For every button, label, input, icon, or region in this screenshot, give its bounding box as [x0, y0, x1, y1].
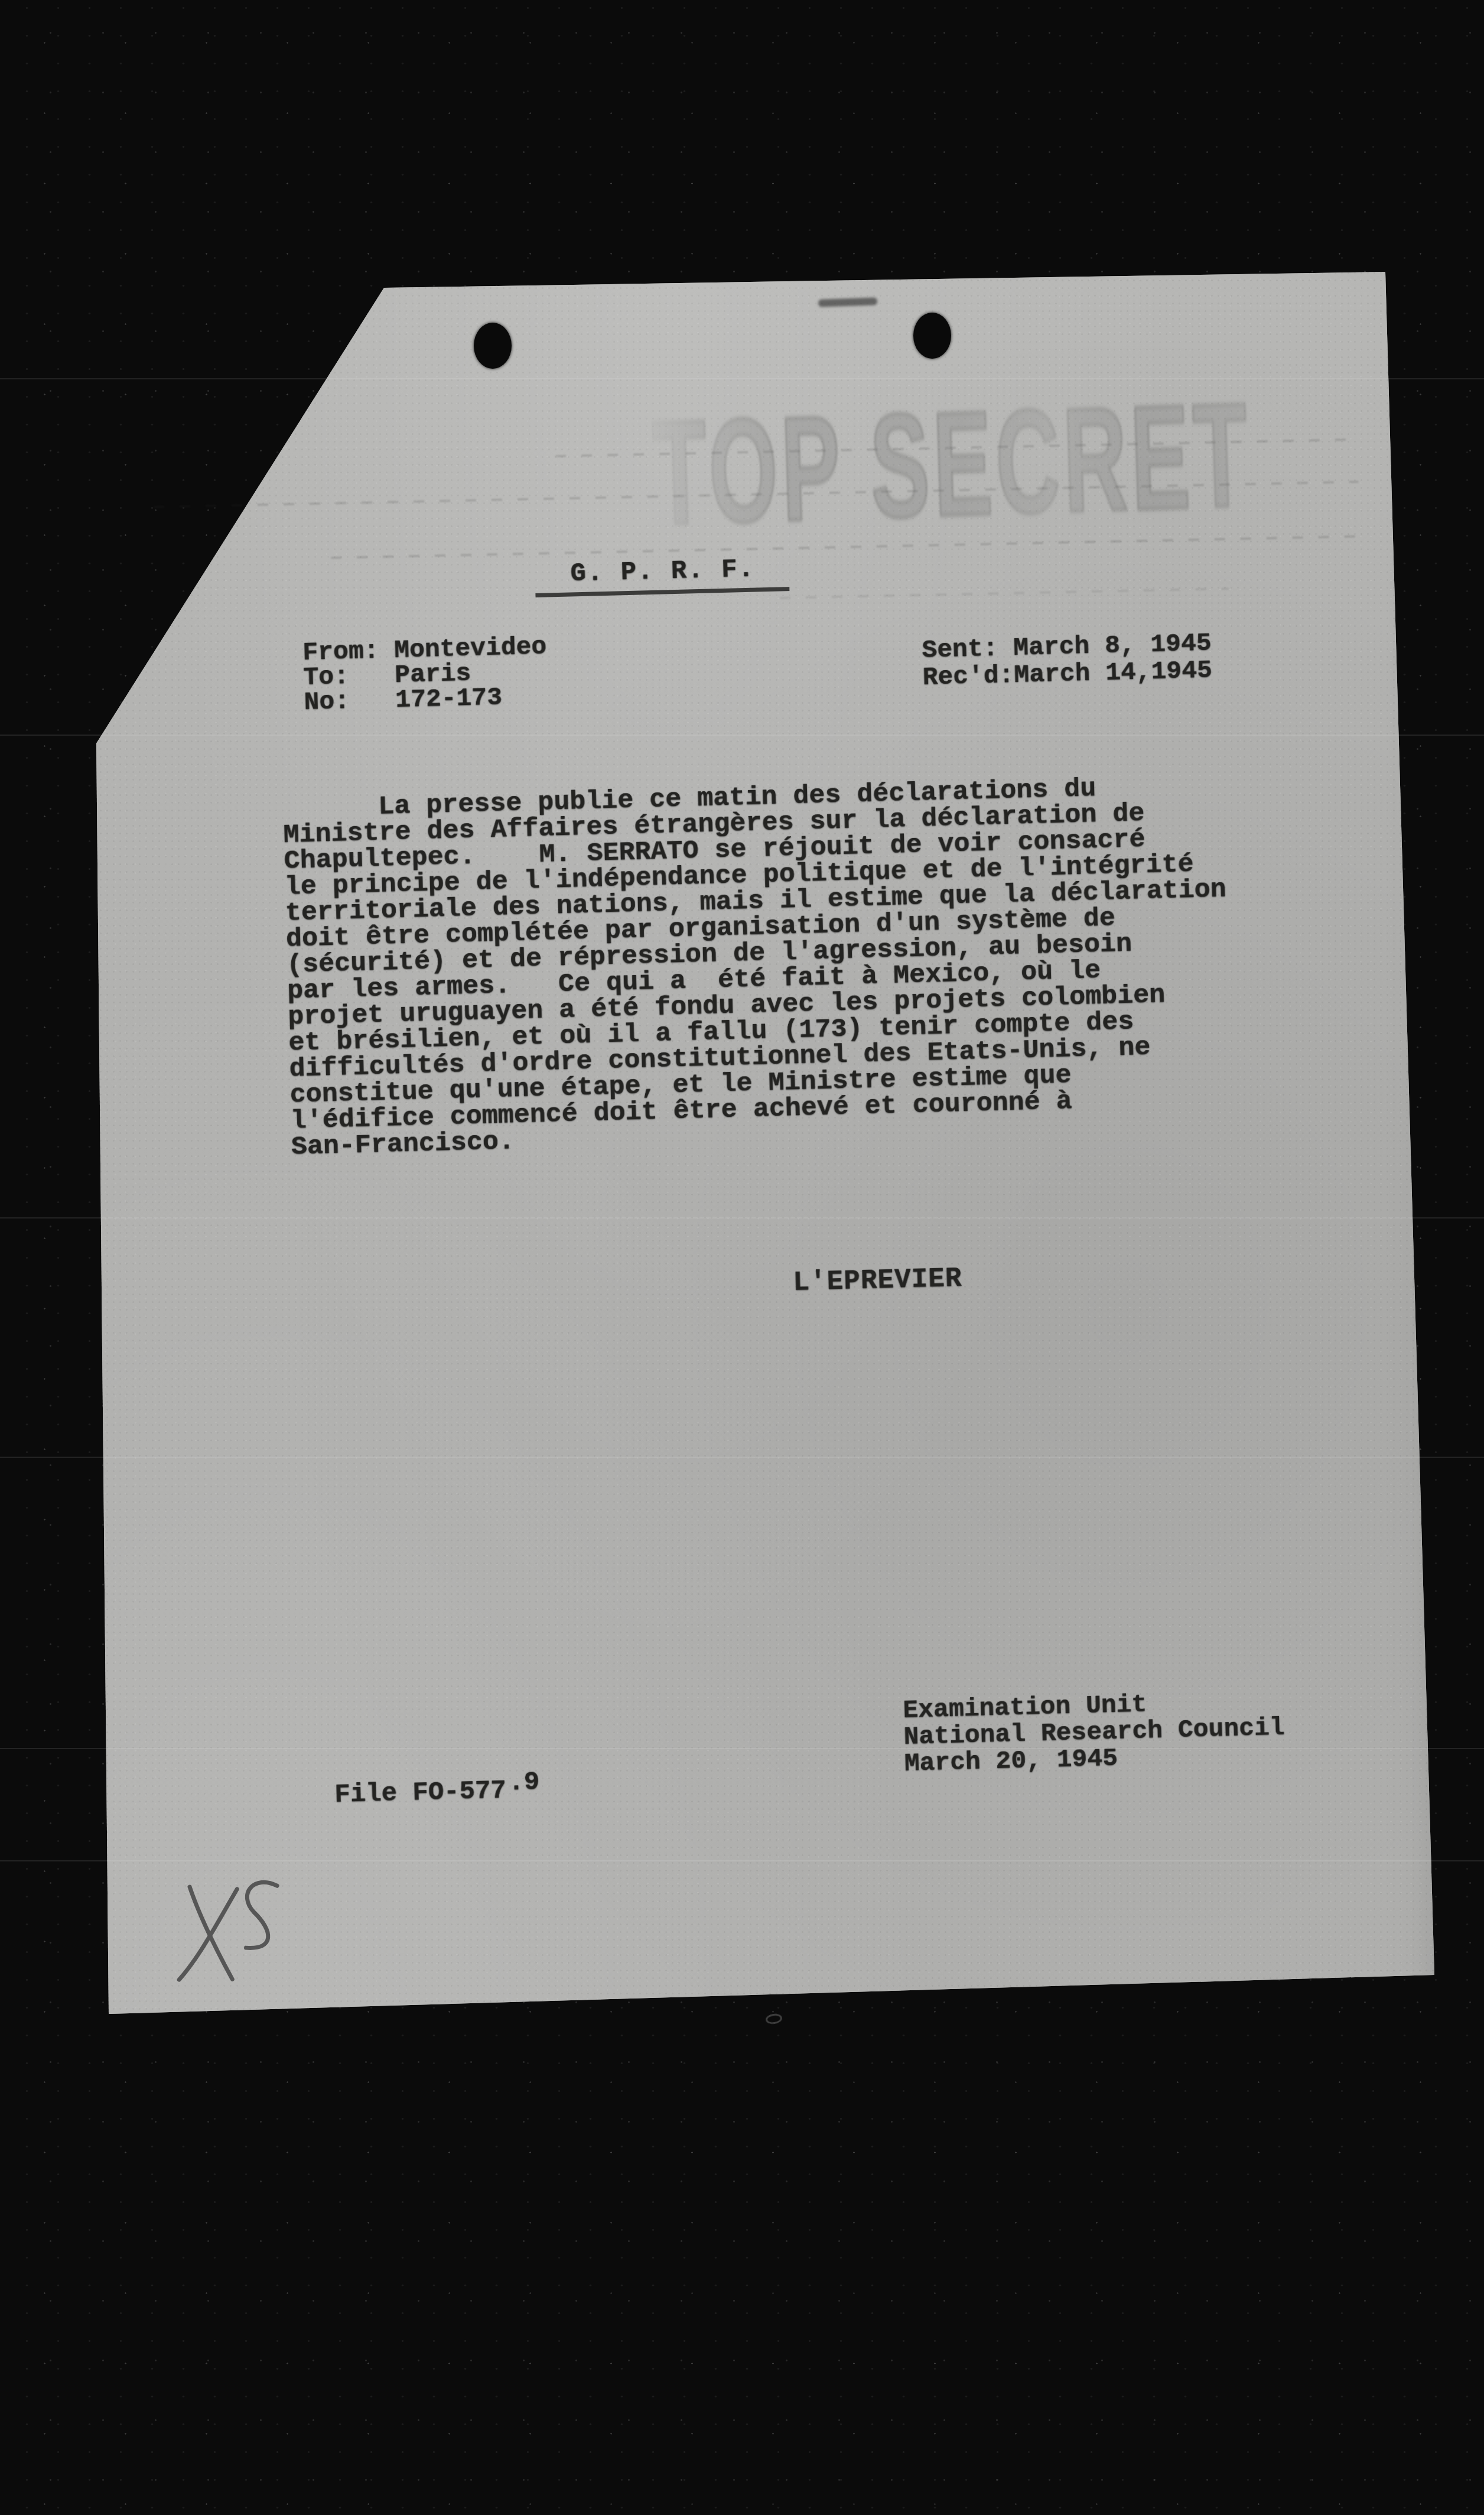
handwritten-annotation-xs [153, 1857, 296, 2006]
punch-hole-right [913, 313, 951, 359]
header-sent-recd: Sent: March 8, 1945 Rec'd:March 14,1945 [922, 630, 1212, 691]
scan-streak [0, 378, 1484, 379]
examination-unit-block: Examination Unit National Research Counc… [903, 1688, 1286, 1777]
punch-hole-left [474, 323, 512, 369]
letterhead-gprf: G. P. R. F. [535, 555, 790, 597]
scan-streak [0, 1748, 1484, 1749]
top-secret-stamp: TOP SECRET [650, 378, 1254, 551]
message-body: La presse publie ce matin des déclaratio… [282, 773, 1232, 1161]
file-reference-text: File FO-577 [334, 1776, 507, 1810]
scan-streak [0, 1217, 1484, 1218]
signature-codename: L'EPREVIER [793, 1265, 962, 1297]
header-from-to-no: From: Montevideo To: Paris No: 172-173 [302, 635, 548, 715]
file-reference-suffix: .9 [508, 1767, 540, 1798]
scan-streak [0, 1457, 1484, 1458]
scan-streak [0, 1860, 1484, 1861]
stray-pen-mark [765, 2013, 783, 2025]
file-reference: File FO-577.9 [334, 1777, 540, 1808]
scanned-document-photo: TOP SECRET G. P. R. F. From: Montevideo … [0, 0, 1484, 2515]
document-paper [0, 0, 1484, 2515]
scan-streak [0, 735, 1484, 736]
